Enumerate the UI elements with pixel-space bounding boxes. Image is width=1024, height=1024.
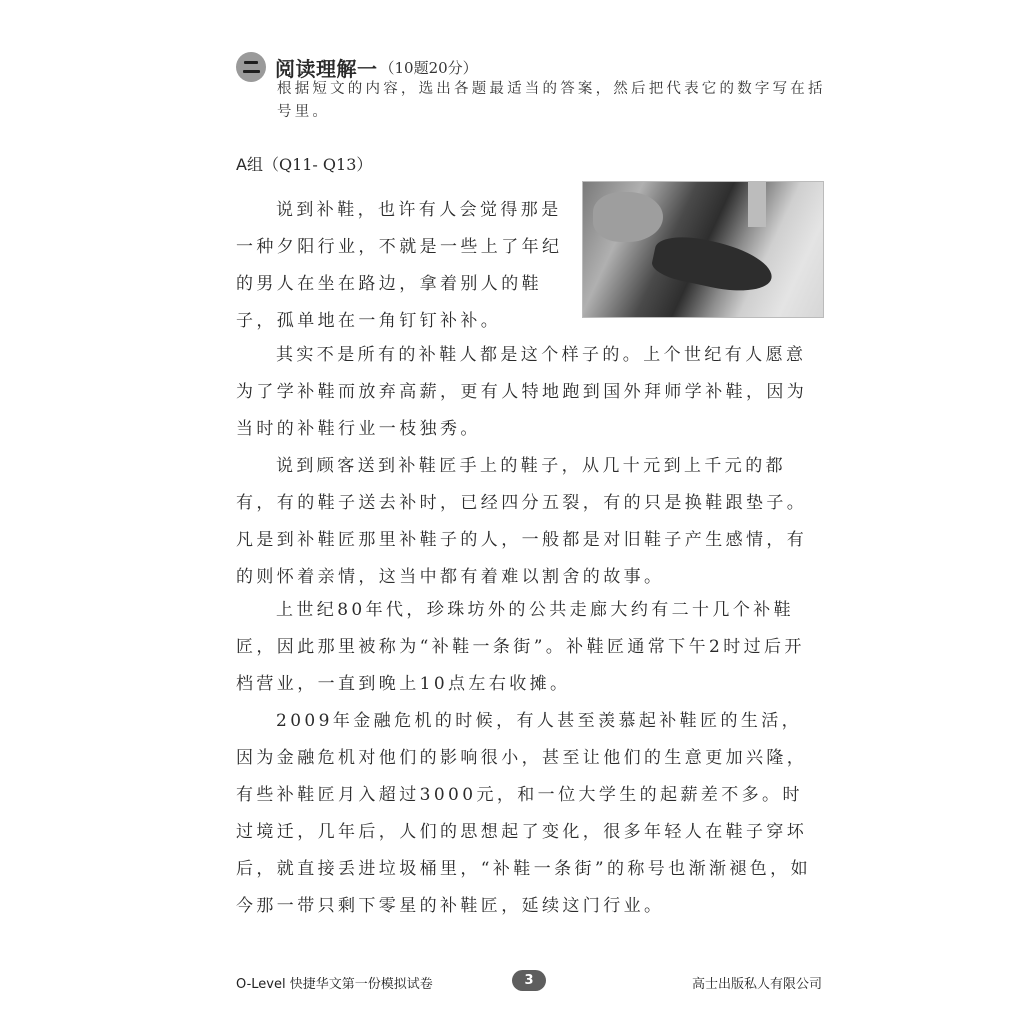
section-score: （10题20分） bbox=[380, 57, 478, 78]
paragraph-text: 2009年金融危机的时候，有人甚至羡慕起补鞋匠的生活，因为金融危机对他们的影响很… bbox=[236, 703, 822, 925]
page-number-badge: 3 bbox=[512, 970, 546, 991]
photo-hand bbox=[593, 192, 663, 242]
photo-pillar bbox=[748, 182, 766, 227]
cobbler-photo bbox=[582, 181, 824, 318]
paragraph-text: 上世纪80年代，珍珠坊外的公共走廊大约有二十几个补鞋匠，因此那里被称为“补鞋一条… bbox=[236, 592, 822, 703]
exam-page: 阅读理解一 （10题20分） 根据短文的内容，选出各题最适当的答案，然后把代表它… bbox=[0, 0, 1024, 1024]
passage-paragraph: 说到补鞋，也许有人会觉得那是一种夕阳行业，不就是一些上了年纪的男人在坐在路边，拿… bbox=[236, 192, 566, 340]
passage-paragraph: 其实不是所有的补鞋人都是这个样子的。上个世纪有人愿意为了学补鞋而放弃高薪，更有人… bbox=[236, 337, 822, 448]
paragraph-text: 说到补鞋，也许有人会觉得那是一种夕阳行业，不就是一些上了年纪的男人在坐在路边，拿… bbox=[236, 192, 566, 340]
footer-title: O-Level 快捷华文第一份模拟试卷 bbox=[236, 973, 433, 992]
section-instructions: 根据短文的内容，选出各题最适当的答案，然后把代表它的数字写在括号里。 bbox=[277, 78, 827, 124]
footer-publisher: 高士出版私人有限公司 bbox=[692, 973, 822, 992]
badge-stroke-icon bbox=[243, 70, 260, 73]
photo-shoe bbox=[650, 230, 777, 299]
paragraph-text: 其实不是所有的补鞋人都是这个样子的。上个世纪有人愿意为了学补鞋而放弃高薪，更有人… bbox=[236, 337, 822, 448]
section-number-badge bbox=[236, 52, 266, 82]
group-label: A组（Q11- Q13） bbox=[236, 152, 372, 175]
page-footer: O-Level 快捷华文第一份模拟试卷 3 高士出版私人有限公司 bbox=[236, 970, 822, 992]
badge-stroke-icon bbox=[244, 61, 258, 64]
group-name: A组 bbox=[236, 155, 263, 174]
paragraph-text: 说到顾客送到补鞋匠手上的鞋子，从几十元到上千元的都有，有的鞋子送去补时，已经四分… bbox=[236, 448, 822, 596]
passage-paragraph: 2009年金融危机的时候，有人甚至羡慕起补鞋匠的生活，因为金融危机对他们的影响很… bbox=[236, 703, 822, 925]
passage-paragraph: 说到顾客送到补鞋匠手上的鞋子，从几十元到上千元的都有，有的鞋子送去补时，已经四分… bbox=[236, 448, 822, 596]
passage-paragraph: 上世纪80年代，珍珠坊外的公共走廊大约有二十几个补鞋匠，因此那里被称为“补鞋一条… bbox=[236, 592, 822, 703]
question-range: （Q11- Q13） bbox=[263, 155, 372, 174]
